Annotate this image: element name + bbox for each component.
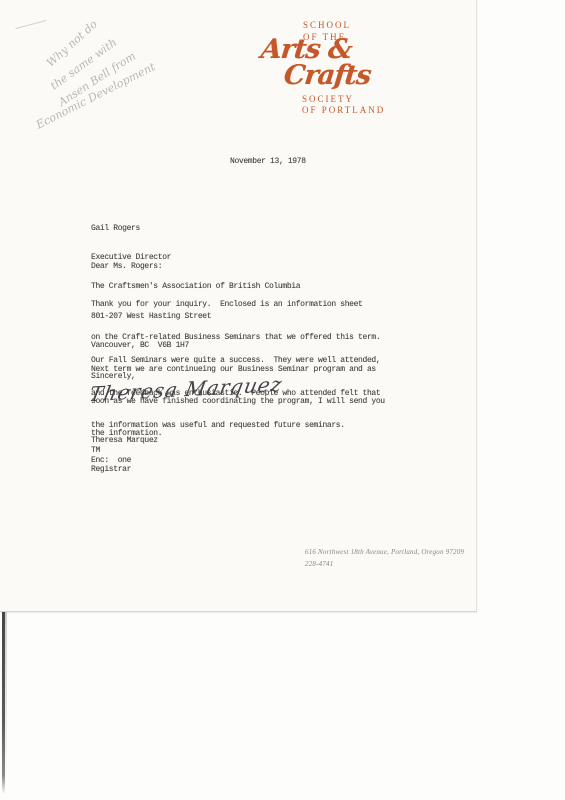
enclosure-note: Enc: one [91, 456, 131, 465]
signer-name: Theresa Marquez [91, 436, 158, 446]
scanned-letter-page: Why not do the same with Ansen Bell from… [0, 0, 565, 800]
recipient-name: Gail Rogers [91, 224, 300, 234]
letterhead-crafts-logo: Crafts [282, 60, 372, 91]
underlying-page-edge-shadow [5, 612, 7, 782]
footer-phone: 228-4741 [305, 560, 333, 568]
letterhead-school: SCHOOL [303, 20, 351, 30]
body-line: Our Fall Seminars were quite a success. … [91, 356, 380, 367]
salutation: Dear Ms. Rogers: [91, 262, 162, 271]
typist-initials: TM [91, 446, 100, 455]
letterhead-society: SOCIETY [302, 94, 354, 104]
body-line: Thank you for your inquiry. Enclosed is … [91, 300, 385, 311]
letterhead-of-portland: OF PORTLAND [302, 105, 385, 115]
footer-address: 616 Northwest 18th Avenue, Portland, Ore… [305, 548, 464, 556]
letter-date: November 13, 1978 [230, 157, 306, 166]
signer-title: Registrar [91, 465, 158, 475]
